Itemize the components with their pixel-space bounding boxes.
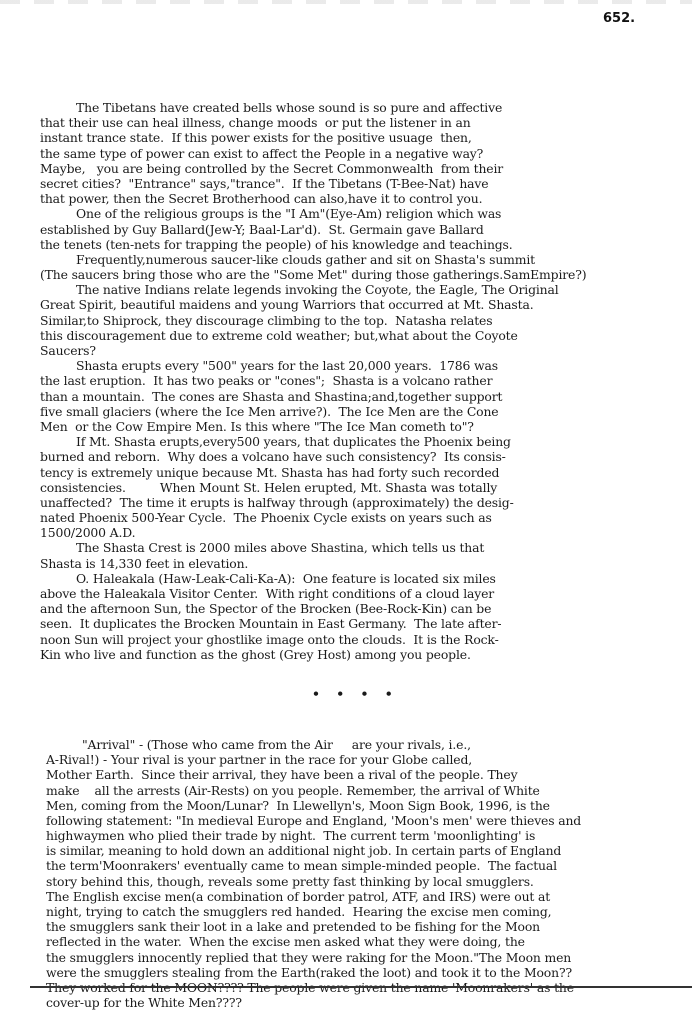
text-line: The Shasta Crest is 2000 miles above Sha…: [40, 540, 692, 555]
text-line: make all the arrests (Air-Rests) on you …: [46, 783, 692, 798]
text-line: noon Sun will project your ghostlike ima…: [40, 632, 692, 647]
text-line: instant trance state. If this power exis…: [40, 130, 692, 145]
text-line: were the smugglers stealing from the Ear…: [46, 965, 692, 980]
section-separator: • • • •: [40, 688, 692, 703]
document-body: The Tibetans have created bells whose so…: [40, 100, 692, 1010]
text-line: this discouragement due to extreme cold …: [40, 328, 692, 343]
text-line: The native Indians relate legends invoki…: [40, 282, 692, 297]
text-line: Shasta erupts every "500" years for the …: [40, 358, 692, 373]
text-line: burned and reborn. Why does a volcano ha…: [40, 449, 692, 464]
text-line: A-Rival!) - Your rival is your partner i…: [46, 752, 692, 767]
text-line: The Tibetans have created bells whose so…: [40, 100, 692, 115]
text-line: tency is extremely unique because Mt. Sh…: [40, 465, 692, 480]
text-line: 1500/2000 A.D.: [40, 525, 692, 540]
text-line: Kin who live and function as the ghost (…: [40, 647, 692, 662]
text-line: unaffected? The time it erupts is halfwa…: [40, 495, 692, 510]
text-line: If Mt. Shasta erupts,every500 years, tha…: [40, 434, 692, 449]
page-number: 652.: [603, 11, 635, 26]
text-line: the same type of power can exist to affe…: [40, 146, 692, 161]
text-line: nated Phoenix 500-Year Cycle. The Phoeni…: [40, 510, 692, 525]
text-line: established by Guy Ballard(Jew-Y; Baal-L…: [40, 222, 692, 237]
text-line: (The saucers bring those who are the "So…: [40, 267, 692, 282]
text-line: cover-up for the White Men????: [46, 995, 692, 1010]
text-line: Similar,to Shiprock, they discourage cli…: [40, 313, 692, 328]
text-line: Men or the Cow Empire Men. Is this where…: [40, 419, 692, 434]
text-line: Great Spirit, beautiful maidens and youn…: [40, 297, 692, 312]
text-line: highwaymen who plied their trade by nigh…: [46, 828, 692, 843]
text-line: five small glaciers (where the Ice Men a…: [40, 404, 692, 419]
text-line: reflected in the water. When the excise …: [46, 934, 692, 949]
text-line: secret cities? "Entrance" says,"trance".…: [40, 176, 692, 191]
text-line: Shasta is 14,330 feet in elevation.: [40, 556, 692, 571]
text-line: "Arrival" - (Those who came from the Air…: [46, 737, 692, 752]
text-line: than a mountain. The cones are Shasta an…: [40, 389, 692, 404]
text-line: above the Haleakala Visitor Center. With…: [40, 586, 692, 601]
text-line: is similar, meaning to hold down an addi…: [46, 843, 692, 858]
text-line: One of the religious groups is the "I Am…: [40, 206, 692, 221]
text-line: following statement: "In medieval Europe…: [46, 813, 692, 828]
text-line: that their use can heal illness, change …: [40, 115, 692, 130]
text-line: seen. It duplicates the Brocken Mountain…: [40, 616, 692, 631]
text-line: that power, then the Secret Brotherhood …: [40, 191, 692, 206]
text-line: and the afternoon Sun, the Spector of th…: [40, 601, 692, 616]
scan-artifact-top-edge: [0, 0, 692, 4]
section-mt-shasta-haleakala: The Tibetans have created bells whose so…: [40, 100, 692, 662]
text-line: Men, coming from the Moon/Lunar? In Llew…: [46, 798, 692, 813]
text-line: the term'Moonrakers' eventually came to …: [46, 858, 692, 873]
text-line: consistencies. When Mount St. Helen erup…: [40, 480, 692, 495]
text-line: O. Haleakala (Haw-Leak-Cali-Ka-A): One f…: [40, 571, 692, 586]
text-line: story behind this, though, reveals some …: [46, 874, 692, 889]
text-line: the tenets (ten-nets for trapping the pe…: [40, 237, 692, 252]
bottom-rule: [30, 986, 692, 988]
text-line: The English excise men(a combination of …: [46, 889, 692, 904]
text-line: Mother Earth. Since their arrival, they …: [46, 767, 692, 782]
text-line: Maybe, you are being controlled by the S…: [40, 161, 692, 176]
text-line: Saucers?: [40, 343, 692, 358]
text-line: the last eruption. It has two peaks or "…: [40, 373, 692, 388]
text-line: the smugglers sank their loot in a lake …: [46, 919, 692, 934]
text-line: the smugglers innocently replied that th…: [46, 950, 692, 965]
section-arrival-moonrakers: "Arrival" - (Those who came from the Air…: [46, 737, 692, 1010]
text-line: Frequently,numerous saucer-like clouds g…: [40, 252, 692, 267]
text-line: night, trying to catch the smugglers red…: [46, 904, 692, 919]
